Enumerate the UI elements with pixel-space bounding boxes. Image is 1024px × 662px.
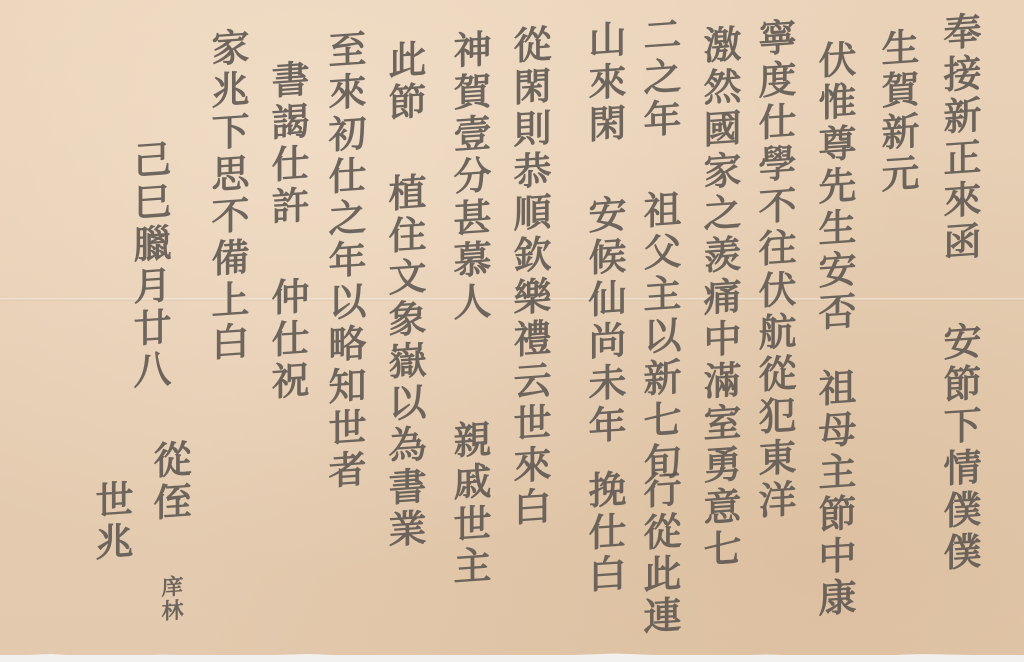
handwritten-column: 庠林 [160, 574, 182, 624]
handwritten-column: 伏惟尊先生安否 [815, 39, 853, 336]
handwritten-column: 祖母主節中康 [815, 367, 853, 622]
handwritten-column: 山來閑 安候仙尚未年 [585, 19, 623, 449]
handwritten-column: 從閑則恭順欽樂禮云世來白 [510, 24, 548, 531]
handwritten-column: 從侄 [150, 439, 188, 526]
handwritten-column: 此節 植住文象嶽以為書業 [385, 39, 423, 553]
handwritten-column: 神賀壹分甚慕人 [450, 29, 488, 326]
handwritten-column: 至來初仕之年以略知世者 [325, 29, 363, 494]
handwritten-column: 己巳臘月廿八 [130, 139, 168, 394]
handwritten-column: 行從此連 [640, 469, 678, 640]
handwritten-column: 寧度仕學不往伏航從犯東洋 [755, 17, 793, 524]
handwritten-column: 世兆 [92, 479, 130, 566]
handwritten-column: 家兆下思不備上白 [208, 27, 246, 366]
handwritten-column: 二之年 祖父主以新七旬 [640, 14, 678, 486]
handwritten-column: 挽仕白 [585, 469, 623, 598]
handwritten-column: 激然國家之羨痛中滿室勇意七 [700, 24, 738, 573]
handwritten-column: 安節下情僕僕 [940, 321, 978, 576]
handwritten-column: 親戚世主 [450, 419, 488, 590]
handwritten-column: 書謁仕許 仲仕祝 [268, 59, 306, 405]
handwritten-column: 生賀新元 [878, 27, 916, 198]
handwritten-column: 奉接新正來函 [940, 11, 978, 266]
